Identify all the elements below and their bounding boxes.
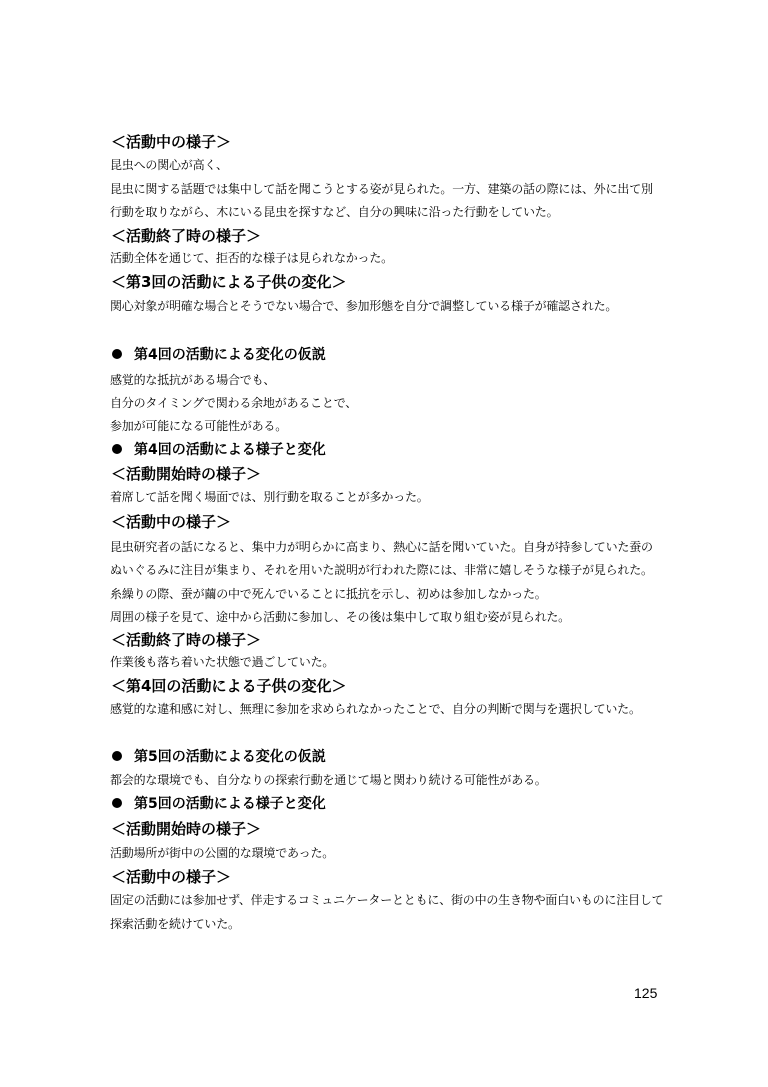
- section-subheading: ＜活動開始時の様子＞: [111, 464, 261, 484]
- paragraph-line: 作業後も落ち着いた状態で過ごしていた。: [110, 652, 334, 672]
- section-subheading: ＜活動中の様子＞: [111, 132, 231, 152]
- paragraph-line: 参加が可能になる可能性がある。: [110, 416, 287, 436]
- bullet-heading-text: 第5回の活動による様子と変化: [134, 796, 326, 812]
- paragraph-line: 昆虫への関心が高く、: [110, 155, 228, 175]
- bullet-heading: 第4回の活動による変化の仮説: [110, 345, 326, 365]
- paragraph-line: 周囲の様子を見て、途中から活動に参加し、その後は集中して取り組む姿が見られた。: [110, 607, 570, 627]
- paragraph-line: 都会的な環境でも、自分なりの探索行動を通じて場と関わり続ける可能性がある。: [110, 770, 547, 790]
- section-subheading: ＜活動開始時の様子＞: [111, 819, 261, 839]
- bullet-heading: 第5回の活動による変化の仮説: [110, 747, 326, 767]
- bullet-heading-text: 第4回の活動による様子と変化: [134, 442, 326, 458]
- paragraph-line: 固定の活動には参加せず、伴走するコミュニケーターとともに、街の中の生き物や面白い…: [110, 890, 663, 910]
- paragraph-line: 活動全体を通じて、拒否的な様子は見られなかった。: [110, 248, 393, 268]
- section-subheading: ＜活動中の様子＞: [111, 867, 231, 887]
- section-subheading: ＜第3回の活動による子供の変化＞: [111, 272, 346, 292]
- bullet-dot-icon: [112, 798, 122, 808]
- paragraph-line: 感覚的な違和感に対し、無理に参加を求められなかったことで、自分の判断で関与を選択…: [110, 699, 641, 719]
- bullet-heading: 第4回の活動による様子と変化: [110, 440, 326, 460]
- bullet-heading-text: 第5回の活動による変化の仮説: [134, 749, 326, 765]
- bullet-heading-text: 第4回の活動による変化の仮説: [134, 347, 326, 363]
- bullet-heading: 第5回の活動による様子と変化: [110, 794, 326, 814]
- page-number: 125: [634, 985, 657, 1001]
- section-subheading: ＜活動中の様子＞: [111, 512, 231, 532]
- bullet-dot-icon: [112, 444, 122, 454]
- bullet-dot-icon: [112, 751, 122, 761]
- paragraph-line: 着席して話を聞く場面では、別行動を取ることが多かった。: [110, 487, 429, 507]
- paragraph-line: 昆虫研究者の話になると、集中力が明らかに高まり、熱心に話を聞いていた。自身が持参…: [110, 537, 653, 557]
- bullet-dot-icon: [112, 349, 122, 359]
- paragraph-line: 糸繰りの際、蚕が繭の中で死んでいることに抵抗を示し、初めは参加しなかった。: [110, 584, 547, 604]
- paragraph-line: 昆虫に関する話題では集中して話を聞こうとする姿が見られた。一方、建築の話の際には…: [110, 179, 653, 199]
- section-subheading: ＜第4回の活動による子供の変化＞: [111, 676, 346, 696]
- paragraph-line: 関心対象が明確な場合とそうでない場合で、参加形態を自分で調整している様子が確認さ…: [110, 296, 617, 316]
- section-subheading: ＜活動終了時の様子＞: [111, 630, 261, 650]
- paragraph-line: 自分のタイミングで関わる余地があることで、: [110, 393, 357, 413]
- paragraph-line: 活動場所が街中の公園的な環境であった。: [110, 843, 334, 863]
- paragraph-line: ぬいぐるみに注目が集まり、それを用いた説明が行われた際には、非常に嬉しそうな様子…: [110, 560, 653, 580]
- paragraph-line: 感覚的な抵抗がある場合でも、: [110, 370, 275, 390]
- paragraph-line: 行動を取りながら、木にいる昆虫を探すなど、自分の興味に沿った行動をしていた。: [110, 202, 558, 222]
- paragraph-line: 探索活動を続けていた。: [110, 914, 240, 934]
- section-subheading: ＜活動終了時の様子＞: [111, 226, 261, 246]
